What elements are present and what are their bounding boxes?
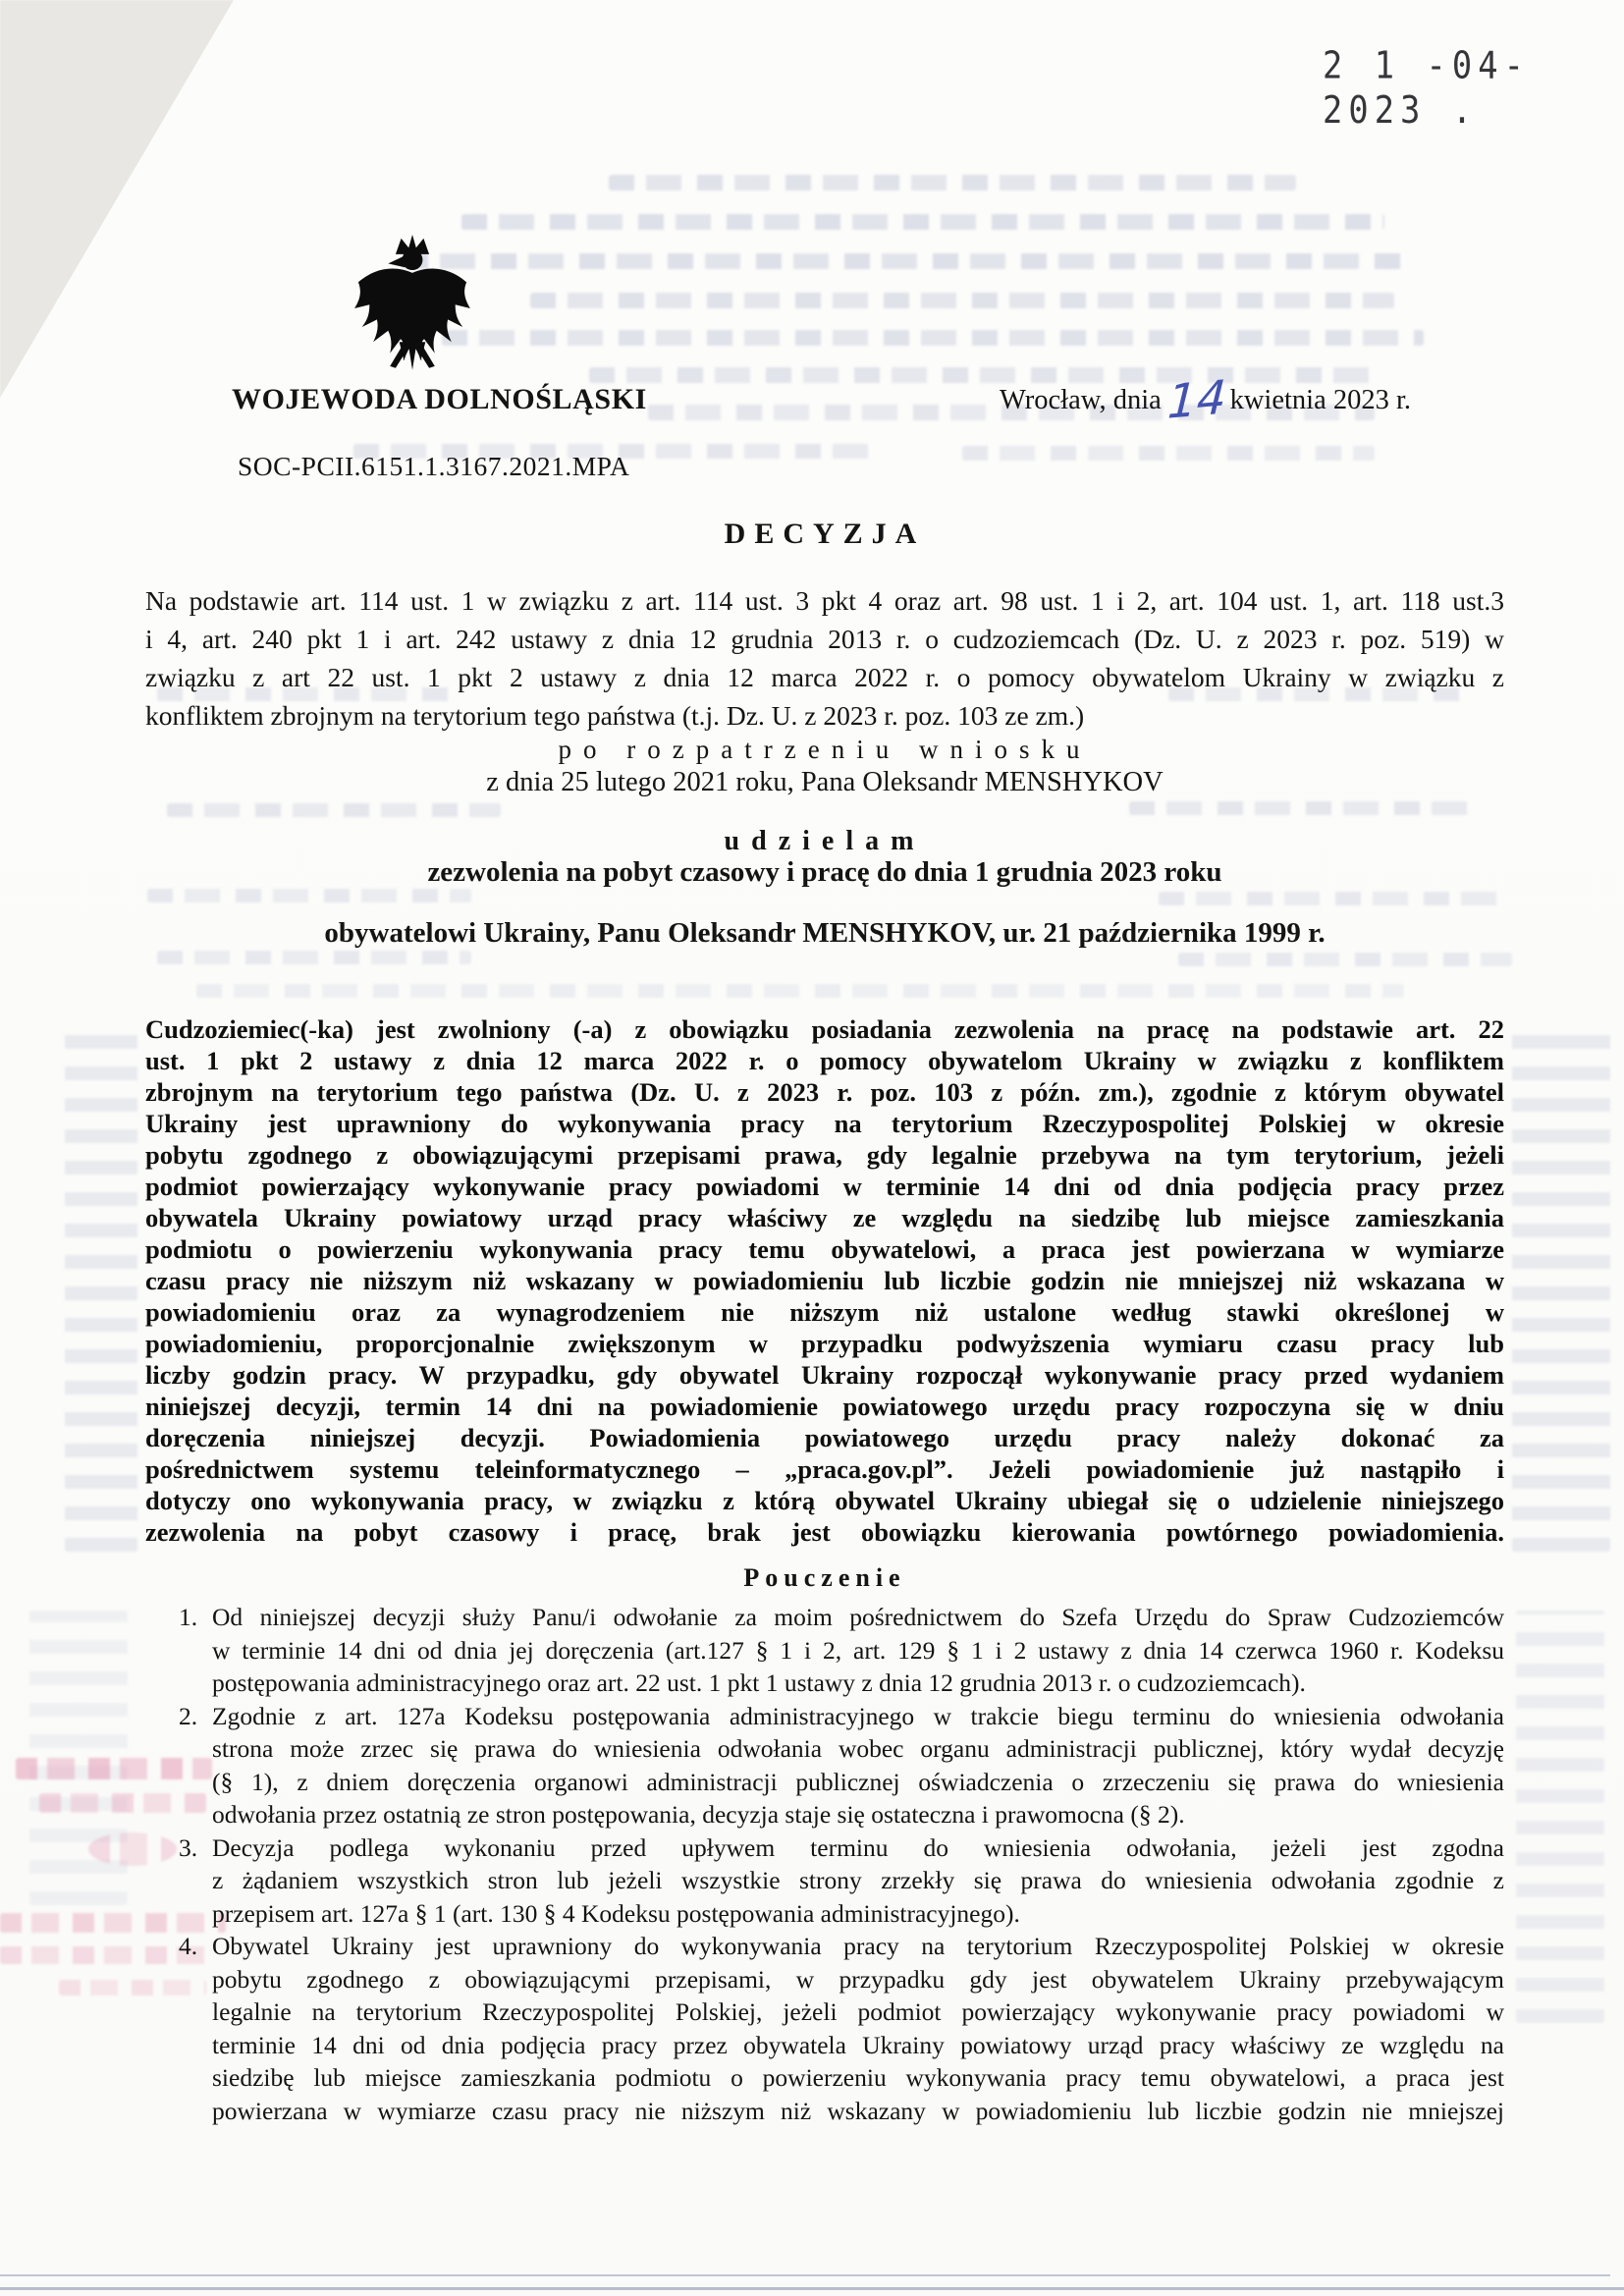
received-date-stamp: 2 1 -04- 2023 .: [1323, 43, 1624, 132]
item-text: Obywatel Ukrainy jest uprawniony do wyko…: [212, 1930, 1504, 2127]
application-date-line: z dnia 25 lutego 2021 roku, Pana Oleksan…: [145, 767, 1504, 798]
bleedthrough-text: [962, 446, 1375, 461]
scan-edge-line: [0, 2287, 1624, 2290]
case-reference-number: SOC-PCII.6151.1.3167.2021.MPA: [238, 451, 629, 482]
bleedthrough-text: [530, 293, 1394, 308]
list-item: 2. Zgodnie z art. 127a Kodeksu postępowa…: [145, 1700, 1504, 1831]
polish-eagle-emblem-icon: [346, 234, 479, 383]
bleedthrough-text: [196, 984, 1404, 998]
item-number: 1.: [145, 1601, 212, 1634]
decision-title: DECYZJA: [145, 518, 1504, 551]
list-item: 3. Decyzja podlega wykonaniu przed upływ…: [145, 1831, 1504, 1931]
item-number: 2.: [145, 1700, 212, 1733]
bleedthrough-text: [157, 951, 471, 964]
list-item: 1. Od niniejszej decyzji służy Panu/i od…: [145, 1601, 1504, 1700]
handwritten-day-ink: 14: [1166, 378, 1227, 423]
grant-word: udzielam: [145, 826, 1504, 857]
instructions-list: 1. Od niniejszej decyzji służy Panu/i od…: [145, 1601, 1504, 2127]
item-text: Od niniejszej decyzji służy Panu/i odwoł…: [212, 1601, 1504, 1700]
bleedthrough-text: [1159, 892, 1502, 905]
bleedthrough-text: [1129, 801, 1483, 815]
bleedthrough-text: [1516, 1611, 1604, 2023]
bleedthrough-text: [167, 803, 501, 817]
work-permit-exemption-paragraph: Cudzoziemiec(-ka) jest zwolniony (-a) z …: [145, 1013, 1504, 1548]
scan-edge-line: [0, 2274, 1610, 2276]
bleedthrough-text: [65, 1021, 137, 1552]
item-number: 3.: [145, 1831, 212, 1865]
list-item: 4. Obywatel Ukrainy jest uprawniony do w…: [145, 1930, 1504, 2127]
place-date-prefix: Wrocław, dnia: [1000, 385, 1162, 416]
bleedthrough-text: [609, 175, 1296, 191]
item-number: 4.: [145, 1930, 212, 1963]
bleedthrough-text: [147, 889, 471, 902]
bleedthrough-text: [403, 253, 1404, 269]
authority-title: WOJEWODA DOLNOŚLĄSKI: [232, 383, 647, 416]
after-review-line: po rozpatrzeniu wniosku: [145, 735, 1504, 765]
bleedthrough-text: [1512, 1021, 1610, 1552]
item-text: Decyzja podlega wykonaniu przed upływem …: [212, 1831, 1504, 1931]
legal-basis-paragraph: Na podstawie art. 114 ust. 1 w związku z…: [145, 581, 1504, 735]
bleedthrough-text: [461, 214, 1384, 230]
scan-corner-fold: [0, 0, 234, 398]
place-and-date-line: Wrocław, dnia 14 kwietnia 2023 r.: [1000, 381, 1411, 420]
instructions-title: Pouczenie: [145, 1563, 1504, 1593]
bleedthrough-text: [442, 330, 1424, 346]
item-text: Zgodnie z art. 127a Kodeksu postępowania…: [212, 1700, 1504, 1831]
bleedthrough-text: [1178, 953, 1512, 966]
grant-scope-line: zezwolenia na pobyt czasowy i pracę do d…: [145, 856, 1504, 889]
place-date-suffix: kwietnia 2023 r.: [1230, 385, 1411, 416]
beneficiary-line: obywatelowi Ukrainy, Panu Oleksandr MENS…: [145, 917, 1504, 950]
scanned-document-page: { "colors": { "handwriting_ink": "#4352a…: [0, 0, 1624, 2296]
